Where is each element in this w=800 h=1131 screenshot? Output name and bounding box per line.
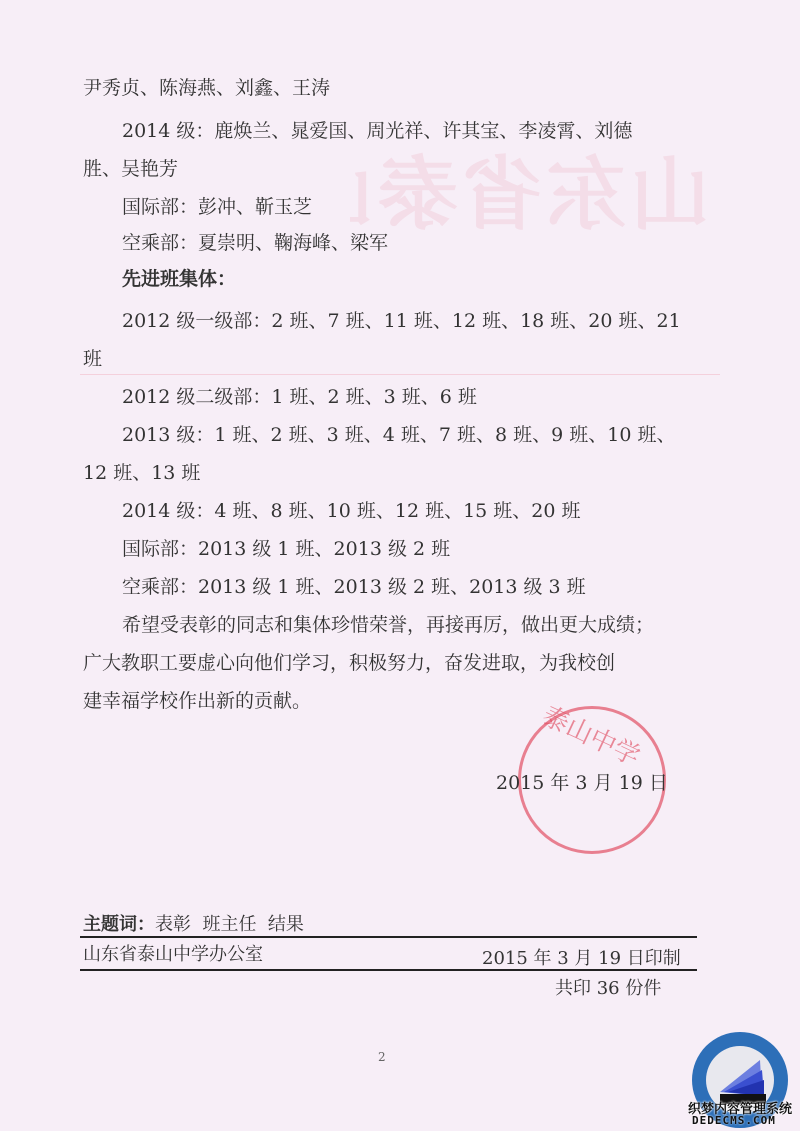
closing-line: 广大教职工要虚心向他们学习，积极努力，奋发进取，为我校创: [83, 650, 615, 676]
signature-date: 2015 年 3 月 19 日: [496, 770, 668, 796]
class-line: 2012 级一级部：2 班、7 班、11 班、12 班、18 班、20 班、21: [122, 308, 681, 334]
body-line: 空乘部：夏崇明、鞠海峰、梁军: [122, 230, 388, 256]
keywords-row: 主题词：表彰 班主任 结果: [83, 912, 304, 938]
class-line: 2012 级二级部：1 班、2 班、3 班、6 班: [122, 384, 477, 410]
keywords-value: 表彰 班主任 结果: [155, 914, 304, 935]
bleed-through-red-line: [80, 374, 720, 375]
class-line: 2014 级：4 班、8 班、10 班、12 班、15 班、20 班: [122, 498, 581, 524]
footer-divider: [80, 969, 697, 971]
class-line: 空乘部：2013 级 1 班、2013 级 2 班、2013 级 3 班: [122, 574, 586, 600]
closing-line: 建幸福学校作出新的贡献。: [83, 688, 311, 714]
body-line: 国际部：彭冲、靳玉芝: [122, 194, 312, 220]
body-line: 胜、吴艳芳: [83, 156, 178, 182]
footer-divider: [80, 936, 697, 938]
closing-line: 希望受表彰的同志和集体珍惜荣誉，再接再厉，做出更大成绩；: [122, 612, 654, 638]
bleed-through-header-watermark: 山东省泰山中学文件: [350, 130, 710, 240]
class-line: 2013 级：1 班、2 班、3 班、4 班、7 班、8 班、9 班、10 班、: [122, 422, 676, 448]
section-heading: 先进班集体：: [122, 266, 236, 292]
document-page: 山东省泰山中学文件 尹秀贞、陈海燕、刘鑫、王涛 2014 级：鹿焕兰、晁爱国、周…: [0, 0, 800, 1131]
keywords-label: 主题词：: [83, 914, 155, 935]
class-line: 班: [83, 346, 102, 372]
class-line: 国际部：2013 级 1 班、2013 级 2 班: [122, 536, 450, 562]
issuer: 山东省泰山中学办公室: [83, 942, 263, 968]
class-line: 12 班、13 班: [83, 460, 200, 486]
body-line: 2014 级：鹿焕兰、晁爱国、周光祥、许其宝、李凌霄、刘德: [122, 118, 632, 144]
watermark-logo-url: DEDECMS.COM: [692, 1114, 776, 1127]
page-number: 2: [378, 1050, 386, 1064]
copies: 共印 36 份件: [555, 976, 661, 1002]
body-line: 尹秀贞、陈海燕、刘鑫、王涛: [83, 75, 330, 101]
